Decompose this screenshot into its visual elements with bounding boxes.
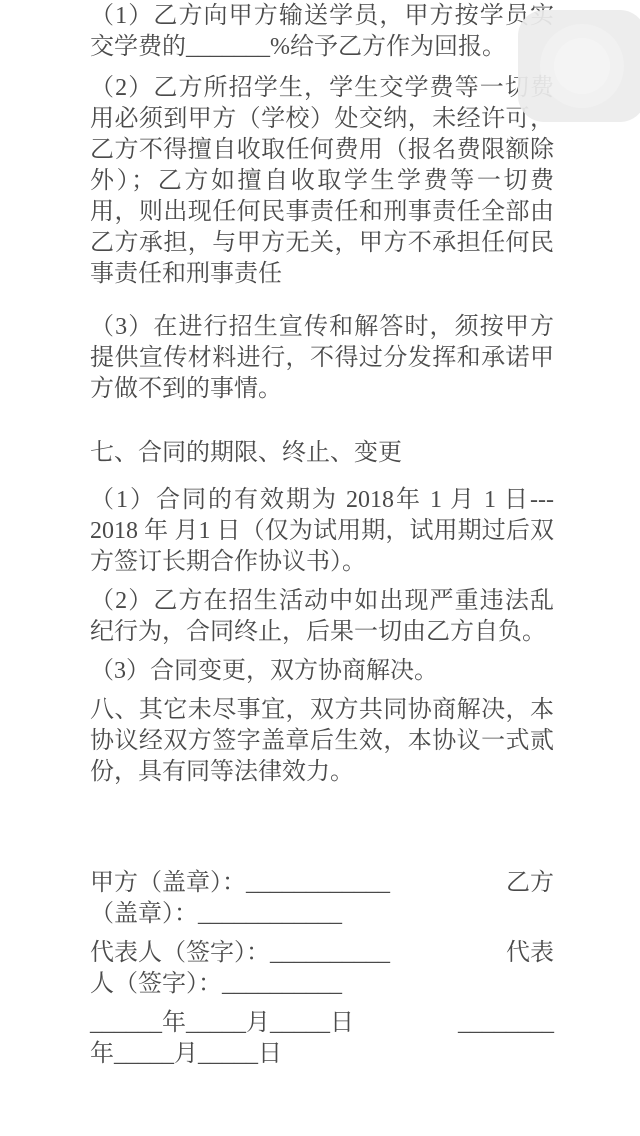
party-a-seal-label: 甲方（盖章）：____________ <box>90 868 390 899</box>
clause-6-1: （1）乙方向甲方输送学员，甲方按学员实交学费的_______%给予乙方作为回报。 <box>90 1 554 63</box>
clause-7-2: （2）乙方在招生活动中如出现严重违法乱纪行为，合同终止，后果一切由乙方自负。 <box>90 586 554 648</box>
clause-7-1: （1）合同的有效期为 2018年 1 月 1 日--- 2018 年 月1 日（… <box>90 485 554 578</box>
assistive-touch-button[interactable] <box>518 10 640 122</box>
party-b-date-blank-start: ________ <box>458 1008 554 1039</box>
clause-7-3: （3）合同变更，双方协商解决。 <box>90 656 554 687</box>
party-b-seal-label-wrap: （盖章）：____________ <box>90 899 554 930</box>
assistive-touch-icon <box>540 24 624 108</box>
signature-row-date: ______年_____月_____日 ________ 年_____月____… <box>90 1008 554 1070</box>
signature-block: 甲方（盖章）：____________ 乙方 （盖章）：____________… <box>90 868 554 1070</box>
clause-6-3: （3）在进行招生宣传和解答时，须按甲方提供宣传材料进行，不得过分发挥和承诺甲方做… <box>90 312 554 405</box>
clause-6-2: （2）乙方所招学生，学生交学费等一切费用必须到甲方（学校）处交纳，未经许可，乙方… <box>90 73 554 290</box>
party-b-representative-label-start: 代表 <box>506 938 554 969</box>
signature-row-seal: 甲方（盖章）：____________ 乙方 （盖章）：____________ <box>90 868 554 930</box>
section-7-heading: 七、合同的期限、终止、变更 <box>90 438 554 469</box>
assistive-touch-icon-core <box>554 38 610 94</box>
party-b-representative-label-wrap: 人（签字）：__________ <box>90 969 554 1000</box>
party-b-date-blank-wrap: 年_____月_____日 <box>90 1039 554 1070</box>
contract-document: （1）乙方向甲方输送学员，甲方按学员实交学费的_______%给予乙方作为回报。… <box>0 0 640 1070</box>
signature-row-representative: 代表人（签字）：__________ 代表 人（签字）：__________ <box>90 938 554 1000</box>
party-a-date-blank: ______年_____月_____日 <box>90 1008 354 1039</box>
party-a-representative-label: 代表人（签字）：__________ <box>90 938 390 969</box>
party-b-seal-label-start: 乙方 <box>506 868 554 899</box>
section-8-clause: 八、其它未尽事宜，双方共同协商解决，本协议经双方签字盖章后生效，本协议一式贰份，… <box>90 695 554 788</box>
